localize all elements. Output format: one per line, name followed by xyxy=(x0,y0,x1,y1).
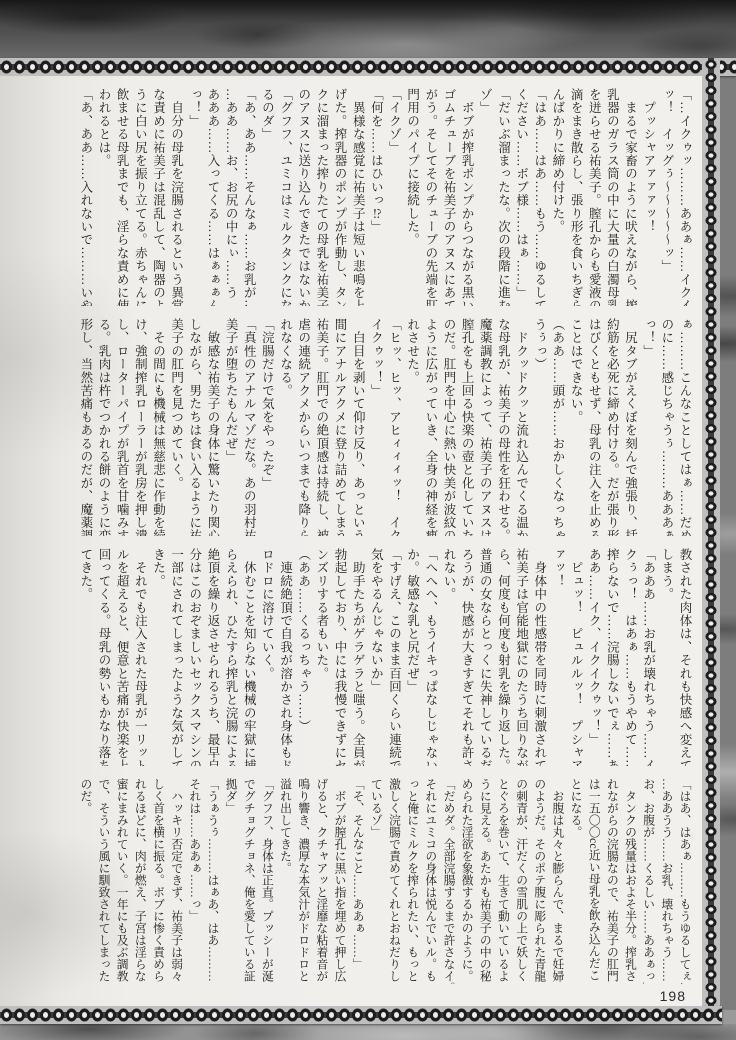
text-column: それでも注入された母乳が一リット xyxy=(131,548,149,766)
text-column: それは……ああぁ……っ」 xyxy=(186,778,204,984)
text-column: しまう。 xyxy=(658,548,676,766)
text-column: 教された肉体は、それも快感へ変えて xyxy=(676,548,694,766)
text-column: タンクの残量はおよそ半分。搾乳さ xyxy=(621,778,639,984)
text-column: る。乳肉は杵でつかれる餅のように変 xyxy=(95,318,113,536)
text-column: のアヌスに送り込んできたではないか。 xyxy=(295,88,313,306)
text-column: ルを超えると、便意と苦痛が快楽を上 xyxy=(113,548,131,766)
text-column: まるで家畜のように吠えながら、搾 xyxy=(621,88,639,306)
text-column: るのダ」 xyxy=(258,88,276,306)
text-column: イクゥッ！」 xyxy=(367,318,385,536)
text-tier-2: ぁ………こんなことしてはぁ……だめなのに……感じちゃうぅ………あああぁむっ！」 … xyxy=(72,318,694,536)
text-column: し、ローターパイプが乳首を甘噛みす xyxy=(113,318,131,536)
text-column: 蜜にまみれていく。一年にも及ぶ調教 xyxy=(113,778,131,984)
text-column: 自分の母乳を浣腸されるという異常 xyxy=(167,88,185,306)
text-column: んばかりに締め付けた。 xyxy=(549,88,567,306)
text-column: げた。搾乳器のポンプが作動し、タン xyxy=(331,88,349,306)
text-column: ああ……イク、イクイクゥッ！」 xyxy=(585,548,603,766)
text-column: 敏感な祐美子の身体に驚いたり関心 xyxy=(204,318,222,536)
text-column: 普通の女ならとっくに失神しているだ xyxy=(476,548,494,766)
text-column: 「だめダ。全部浣腸するまで許さなイ。 xyxy=(440,778,458,984)
text-column: れない。 xyxy=(440,548,458,766)
text-column: れさせた。 xyxy=(404,318,422,536)
text-column: 門用のパイプに接続した。 xyxy=(404,88,422,306)
text-column: ボブが搾乳ポンプからつながる黒い xyxy=(458,88,476,306)
text-column: 「すげえ、このまま百回くらい連続で xyxy=(385,548,403,766)
text-column: 「へへへ、もうイキっぱなしじゃない xyxy=(422,548,440,766)
text-column: 身体中の性感帯を同時に刺激されて、 xyxy=(531,548,549,766)
text-column: 一部にされてしまったような気がして xyxy=(167,548,185,766)
text-column: プッシャアァァァッ！ xyxy=(640,88,658,306)
text-column: はびくともせず、母乳の注入を止める xyxy=(585,318,603,536)
text-column: 「はあ……はあ……もう……ゆるして xyxy=(531,88,549,306)
text-tier-4: 「はあ、はあぁ………もうゆるしてぇ……ああうう……お乳、壊れちゃう……お、お腹が… xyxy=(72,778,694,984)
text-column: てきた。 xyxy=(77,548,95,766)
text-column: 祐美子は官能地獄にのたうち回りなが xyxy=(512,548,530,766)
text-column: 気をやるんじゃないか」 xyxy=(367,548,385,766)
text-column: な母乳が、祐美子の母性を狂わせる。 xyxy=(494,318,512,536)
text-column: 勃起しており、中には我慢できずにセ xyxy=(331,548,349,766)
text-column: 鳴り響き、濃厚な本気汁がドロドロと xyxy=(295,778,313,984)
text-column: は一五〇〇cc近い母乳を飲み込んだこ xyxy=(585,778,603,984)
text-column: あああ……入ってくる……はぁぁぁん xyxy=(204,88,222,306)
text-column: 「ヒッ、ヒッ、アヒィィィッ！ イクッ xyxy=(385,318,403,536)
text-column: 尻タブがえくぼを刻んで強張り、括 xyxy=(621,318,639,536)
scanned-book-page: 「…イクゥッ………ああぁ……イクイククッ！ イッグぅ～～～～～ッ」 プッシャアァ… xyxy=(0,0,736,1040)
text-column: …ああ……お、お尻の中にぃ……う xyxy=(222,88,240,306)
text-column: 虐の連続アクメからいつまでも降りら xyxy=(295,318,313,536)
text-column: を迸らせる祐美子。膣孔からも愛液の xyxy=(585,88,603,306)
text-column: 「真性のアナルマゾだな。あの羽村祐 xyxy=(240,318,258,536)
text-column: っ！」 xyxy=(186,88,204,306)
text-column: か。敏感な乳と尻だぜ」 xyxy=(404,548,422,766)
text-column: とになる。 xyxy=(567,778,585,984)
text-column: 溢れ出してきた。 xyxy=(276,778,294,984)
text-column: 美子の肛門を見つめていく。 xyxy=(167,318,185,536)
text-column: れなくなる。 xyxy=(276,318,294,536)
text-column: ァッ！ xyxy=(549,548,567,766)
text-column: っと俺にミルクを搾られたい、もっと xyxy=(404,778,422,984)
text-column: 「あ、ああ……そんなぁ……お乳が… xyxy=(240,88,258,306)
text-column: 拠ダ」 xyxy=(222,778,240,984)
text-column: 「グフフ、身体は正直。プッシーが涎 xyxy=(258,778,276,984)
text-column: 異様な感覚に祐美子は短い悲鳴を上 xyxy=(349,88,367,306)
text-column: ゴムチューブを祐美子のアヌスにあて xyxy=(440,88,458,306)
text-column: 回ってくる。母乳の勢いもかなり落ち xyxy=(95,548,113,766)
text-column: れながらの浣腸なので、祐美子の肛門 xyxy=(603,778,621,984)
text-column: 「イクゾ」 xyxy=(385,88,403,306)
text-column: うぅっ） xyxy=(531,318,549,536)
text-column: 連続絶頂で自我が溶かされ身体もド xyxy=(276,548,294,766)
text-column: ぁ………こんなことしてはぁ……だめな xyxy=(676,318,694,536)
text-column: お腹は丸々と膨らんで、まるで妊婦 xyxy=(549,778,567,984)
text-column: ゾ」 xyxy=(476,88,494,306)
text-column: 美子が堕ちたもんだぜ」 xyxy=(222,318,240,536)
text-column: 「何を……はひいっ⁉」 xyxy=(367,88,385,306)
page-number: 198 xyxy=(660,988,686,1004)
text-column: 約筋を必死に締め付ける。だが張り形 xyxy=(603,318,621,536)
text-column: 分はこのおぞましいセックスマシンの xyxy=(186,548,204,766)
text-column: ハッキリ否定できず、祐美子は弱々 xyxy=(167,778,185,984)
page-sheet: 「…イクゥッ………ああぁ……イクイククッ！ イッグぅ～～～～～ッ」 プッシャアァ… xyxy=(0,76,702,1006)
text-column: 「…イクゥッ………ああぁ……イクイクク xyxy=(676,88,694,306)
text-column: きた。 xyxy=(149,548,167,766)
text-column: 激しく浣腸で責めてくれとおねだりし xyxy=(385,778,403,984)
text-column: とぐろを巻いて、生きて動いているよ xyxy=(494,778,512,984)
text-column: らえられ、ひたすら搾乳と浣腸による xyxy=(222,548,240,766)
text-column: ピュッ！ ピュルルッ！ プシャア xyxy=(567,548,585,766)
marble-texture-right xyxy=(720,58,736,1010)
text-column: け、強制搾乳ローラーが乳房を押し潰 xyxy=(131,318,149,536)
text-column: げると、クチャアッと淫靡な粘着音が xyxy=(313,778,331,984)
text-column: のだ。 xyxy=(77,778,95,984)
text-column: （ああ……頭が……おかしくなっちゃ xyxy=(549,318,567,536)
chain-border-top xyxy=(0,58,736,76)
text-column: うに白い尻を振り立てる。赤ちゃんに xyxy=(131,88,149,306)
text-column: お、お腹が……くるしい……ああぁっ」 xyxy=(640,778,658,984)
text-column: のようだ。そのポテ腹に彫られた青龍 xyxy=(531,778,549,984)
text-column: しく首を横に振る。ボブに惨く責めら xyxy=(149,778,167,984)
text-column: ろうが、快感が大きすぎてそれも許さ xyxy=(458,548,476,766)
text-column: でグチョグチョネ、俺を愛している証 xyxy=(240,778,258,984)
text-column: 「あ、ああ……入れないで………いや xyxy=(77,88,95,306)
text-column: 「グフフ、ユミコはミルクタンクにな xyxy=(276,88,294,306)
text-column: 助手たちがゲラゲラと嗤う。全員が xyxy=(349,548,367,766)
text-column: われるとは。 xyxy=(95,88,113,306)
text-column: 搾らないで……浣腸しないでぇ……あ xyxy=(603,548,621,766)
text-column: クぅっ！ はあぁ……もうやめて…… xyxy=(621,548,639,766)
text-column: で、そういう風に馴致されてしまった xyxy=(95,778,113,984)
text-column: ているゾ」 xyxy=(367,778,385,984)
marble-texture-top xyxy=(0,0,736,58)
marble-texture-bottom xyxy=(0,1024,736,1040)
text-column: 絶頂を繰り返させられるうち、最早自 xyxy=(204,548,222,766)
text-column: 「そ、そんなこと……ああぁ……」 xyxy=(349,778,367,984)
text-column: な責めに祐美子は混乱して、陶器のよ xyxy=(149,88,167,306)
text-column: …ああうう……お乳、壊れちゃう…… xyxy=(658,778,676,984)
text-column: 「だいぶ溜まったな。次の段階に進む xyxy=(494,88,512,306)
text-column: しながら、男たちは食い入るように祐 xyxy=(186,318,204,536)
text-column: の刺青が、汗だくの雪肌の上で妖しく xyxy=(512,778,530,984)
text-column: 乳器のガラス筒の中に大量の白濁母乳 xyxy=(603,88,621,306)
text-column: ように広がっていき、全身の神経を痺 xyxy=(422,318,440,536)
text-column: められた淫欲を象徴するかのように。 xyxy=(458,778,476,984)
text-column: （ああ……くるっちゃう……） xyxy=(295,548,313,766)
text-column: っ！」 xyxy=(640,318,658,536)
text-column: うに見える。あたかも祐美子の中の秘 xyxy=(476,778,494,984)
text-column: ボブが膣孔に黒い指を埋めて押し広 xyxy=(331,778,349,984)
text-column: 魔薬調教によって、祐美子のアヌスは xyxy=(476,318,494,536)
text-column: 休むことを知らない機械の牢獄に捕 xyxy=(240,548,258,766)
text-column: 間にアナルアクメに登り詰めてしまう xyxy=(331,318,349,536)
text-column: 膣孔をも上回る快楽の壺と化していた xyxy=(458,318,476,536)
text-area: 「…イクゥッ………ああぁ……イクイククッ！ イッグぅ～～～～～ッ」 プッシャアァ… xyxy=(72,88,694,984)
text-column: 「うぁうぅ………はぁあ、はあ……… xyxy=(204,778,222,984)
chain-border-right xyxy=(702,58,720,1024)
text-column: ください……ボブ様……はぁ……」 xyxy=(512,88,530,306)
text-column: ンズリする者もいた。 xyxy=(313,548,331,766)
text-column: その間にも機械は無慈悲に作動を続 xyxy=(149,318,167,536)
text-tier-1: 「…イクゥッ………ああぁ……イクイククッ！ イッグぅ～～～～～ッ」 プッシャアァ… xyxy=(72,88,694,306)
text-column: 滴をまき散らし、張り形を食いちぎら xyxy=(567,88,585,306)
text-column: のに……感じちゃうぅ………あああぁむ xyxy=(658,318,676,536)
text-column: れるほどに、肉が燃え、子宮は淫らな xyxy=(131,778,149,984)
text-column: 形し、当然苦痛もあるのだが、魔薬調 xyxy=(77,318,95,536)
text-column: 「はあ、はあぁ………もうゆるしてぇ… xyxy=(676,778,694,984)
text-column: クに溜まった搾りたての母乳を祐美子 xyxy=(313,88,331,306)
text-column: 祐美子。肛門での絶頂感は持続し、被 xyxy=(313,318,331,536)
text-column: のだ。肛門を中心に熱い快美が波紋の xyxy=(440,318,458,536)
text-column: ら、何度も何度も射乳を繰り返した。 xyxy=(494,548,512,766)
text-column: ことはできない。 xyxy=(567,318,585,536)
text-column: 飲ませる母乳までも、淫らな責めに使 xyxy=(113,88,131,306)
text-column: 「浣腸だけで気をやったぞ」 xyxy=(258,318,276,536)
text-column: それにユミコの身体は悦んでいル。も xyxy=(422,778,440,984)
text-column: ドクッドクッと流れ込んでくる温か xyxy=(512,318,530,536)
text-column: 白目を剥いて仰け反り、あっという xyxy=(349,318,367,536)
chain-border-bottom xyxy=(0,1006,722,1024)
text-column: ロドロに溶けていく。 xyxy=(258,548,276,766)
text-column: がう。そしてそのチューブの先端を肛 xyxy=(422,88,440,306)
text-tier-3: 教された肉体は、それも快感へ変えてしまう。「あああ……お乳が壊れちゃう……イクぅ… xyxy=(72,548,694,766)
text-column: 「あああ……お乳が壊れちゃう……イ xyxy=(640,548,658,766)
text-column: ッ！ イッグぅ～～～～～ッ」 xyxy=(658,88,676,306)
